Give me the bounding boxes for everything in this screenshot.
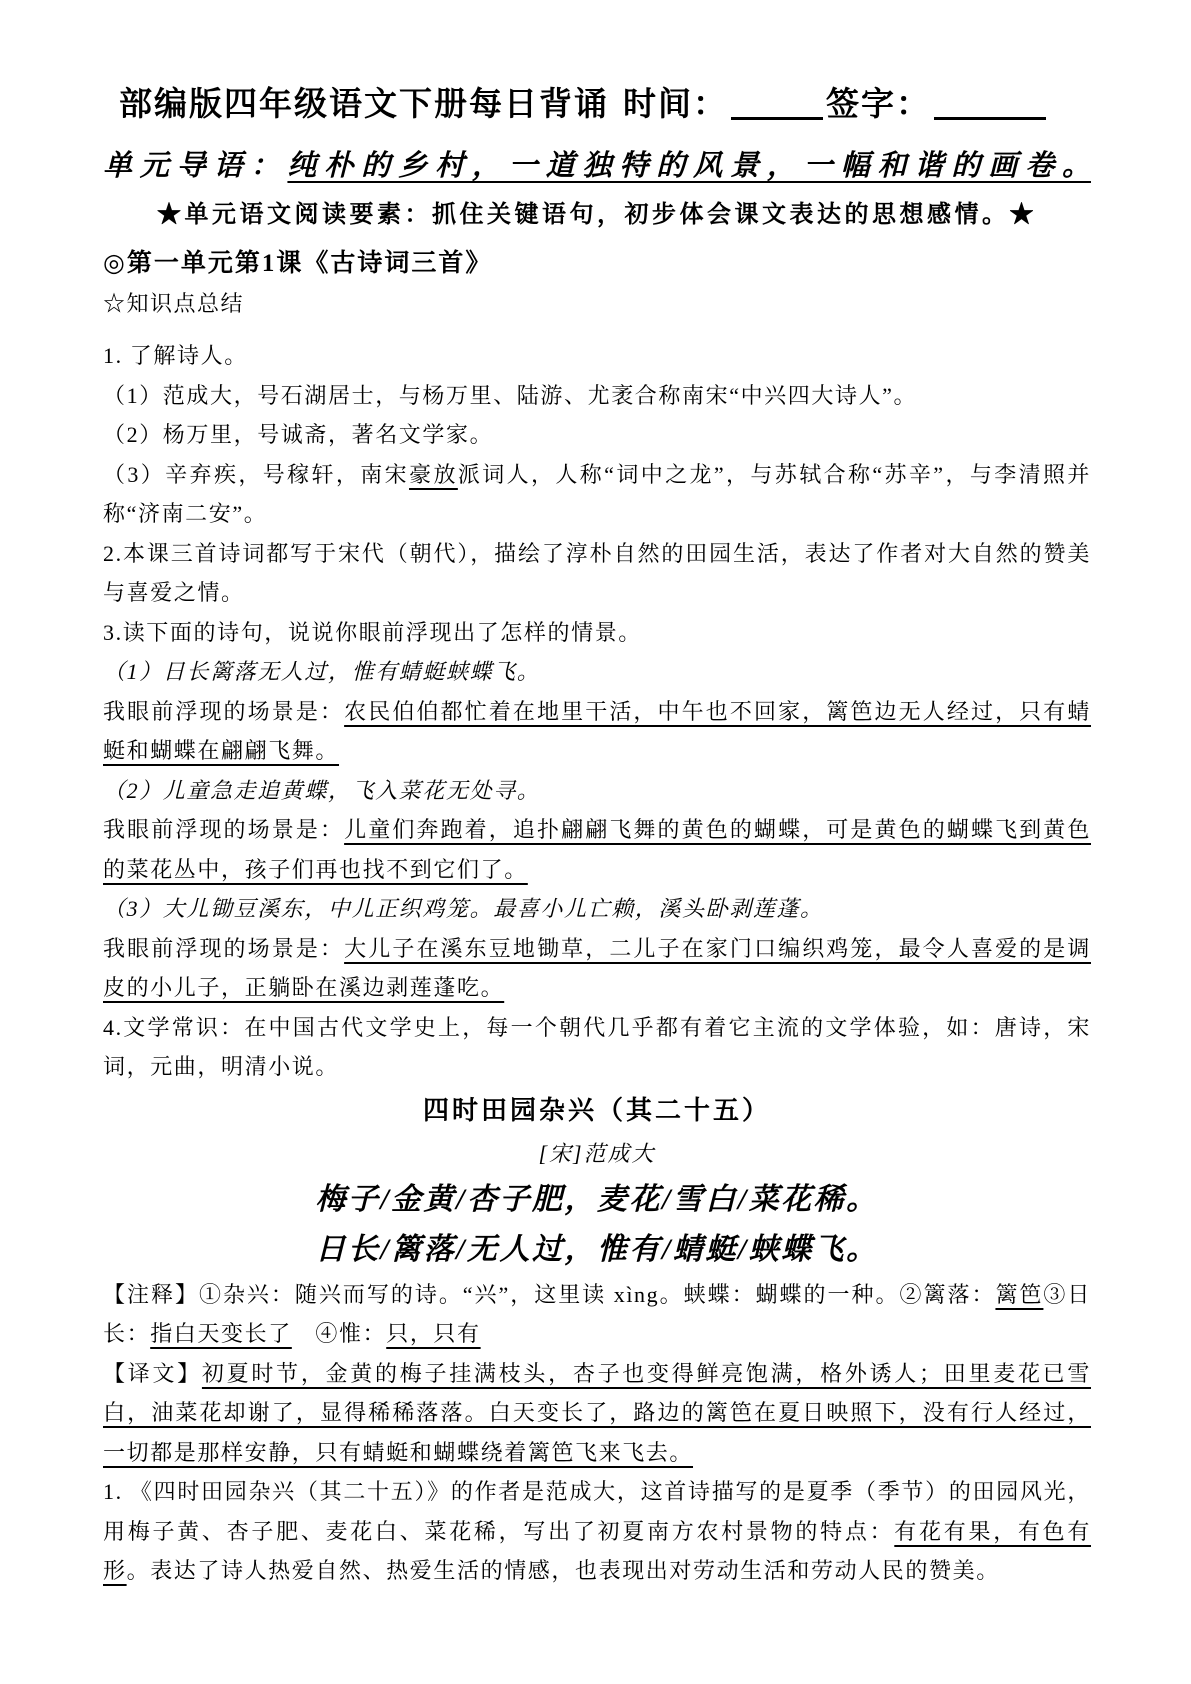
translation-paragraph: 【译文】初夏时节，金黄的梅子挂满枝头，杏子也变得鲜亮饱满，格外诱人；田里麦花已雪… xyxy=(103,1354,1091,1473)
time-label: 时间： xyxy=(623,87,728,123)
doc-title: 部编版四年级语文下册每日背诵 xyxy=(119,87,609,123)
poem-author: [宋]范成大 xyxy=(103,1133,1091,1175)
underlined-text: 指白天变长了 xyxy=(150,1321,292,1346)
point-1: 1. 了解诗人。 xyxy=(103,336,1091,376)
answer-prompt: 我眼前浮现的场景是： xyxy=(103,936,344,961)
underlined-text: 只，只有 xyxy=(386,1321,480,1346)
verse-quote-2: （2）儿童急走追黄蝶，飞入菜花无处寻。 xyxy=(103,771,1091,811)
verse-quote-1: （1）日长篱落无人过，惟有蜻蜓蛱蝶飞。 xyxy=(103,652,1091,692)
point-3: 3.读下面的诗句，说说你眼前浮现出了怎样的情景。 xyxy=(103,613,1091,653)
text-segment: ①杂兴：随兴而写的诗。“兴”，这里读 xìng。蛱蝶：蝴蝶的一种。②篱落： xyxy=(199,1282,995,1307)
unit-intro-line: 单元导语：纯朴的乡村，一道独特的风景，一幅和谐的画卷。 xyxy=(103,140,1091,192)
sign-label: 签字： xyxy=(826,87,931,123)
poem-title: 四时田园杂兴（其二十五） xyxy=(103,1089,1091,1133)
poem-line-1: 梅子/金黄/杏子肥，麦花/雪白/菜花稀。 xyxy=(103,1175,1091,1225)
poet-yang-wanli: （2）杨万里，号诚斋，著名文学家。 xyxy=(103,415,1091,455)
analysis-paragraph: 1. 《四时田园杂兴（其二十五）》的作者是范成大，这首诗描写的是夏季（季节）的田… xyxy=(103,1472,1091,1591)
point-2: 2.本课三首诗词都写于宋代（朝代），描绘了淳朴自然的田园生活，表达了作者对大自然… xyxy=(103,534,1091,613)
scene-answer-2: 我眼前浮现的场景是：儿童们奔跑着，追扑翩翩飞舞的黄色的蝴蝶，可是黄色的蝴蝶飞到黄… xyxy=(103,810,1091,889)
text-segment: （3）辛弃疾，号稼轩，南宋 xyxy=(103,462,409,487)
verse-quote-3: （3）大儿锄豆溪东，中儿正织鸡笼。最喜小儿亡赖，溪头卧剥莲蓬。 xyxy=(103,889,1091,929)
document-page: 部编版四年级语文下册每日背诵时间：签字： 单元导语：纯朴的乡村，一道独特的风景，… xyxy=(0,0,1191,1684)
time-blank xyxy=(731,86,823,120)
poem-line-2: 日长/篱落/无人过，惟有/蜻蜓/蛱蝶飞。 xyxy=(103,1225,1091,1275)
answer-prompt: 我眼前浮现的场景是： xyxy=(103,817,344,842)
poet-xin-qiji: （3）辛弃疾，号稼轩，南宋豪放派词人，人称“词中之龙”，与苏轼合称“苏辛”，与李… xyxy=(103,455,1091,534)
sign-blank xyxy=(934,86,1046,120)
text-segment: 。表达了诗人热爱自然、热爱生活的情感，也表现出对劳动生活和劳动人民的赞美。 xyxy=(127,1558,1000,1583)
notes-paragraph: 【注释】①杂兴：随兴而写的诗。“兴”，这里读 xìng。蛱蝶：蝴蝶的一种。②篱落… xyxy=(103,1275,1091,1354)
translation-text: 初夏时节，金黄的梅子挂满枝头，杏子也变得鲜亮饱满，格外诱人；田里麦花已雪白，油菜… xyxy=(103,1361,1091,1465)
translation-label: 【译文】 xyxy=(103,1361,202,1386)
underlined-text: 豪放 xyxy=(409,462,458,487)
lesson-heading: ◎第一单元第1课《古诗词三首》 xyxy=(103,242,1091,286)
summary-heading: ☆知识点总结 xyxy=(103,286,1091,322)
notes-label: 【注释】 xyxy=(103,1282,199,1307)
text-segment: ④惟： xyxy=(292,1321,386,1346)
doc-title-line: 部编版四年级语文下册每日背诵时间：签字： xyxy=(103,80,1091,130)
scene-answer-1: 我眼前浮现的场景是：农民伯伯都忙着在地里干活，中午也不回家，篱笆边无人经过，只有… xyxy=(103,692,1091,771)
scene-answer-3: 我眼前浮现的场景是：大儿子在溪东豆地锄草，二儿子在家门口编织鸡笼，最令人喜爱的是… xyxy=(103,929,1091,1008)
underlined-text: 篱笆 xyxy=(995,1282,1043,1307)
answer-prompt: 我眼前浮现的场景是： xyxy=(103,699,344,724)
unit-intro-label: 单元导语： xyxy=(103,150,287,182)
point-4: 4.文学常识：在中国古代文学史上，每一个朝代几乎都有着它主流的文学体验，如：唐诗… xyxy=(103,1008,1091,1087)
reading-element-line: ★单元语文阅读要素：抓住关键语句，初步体会课文表达的思想感情。★ xyxy=(103,192,1091,238)
poet-fan-chengda: （1）范成大，号石湖居士，与杨万里、陆游、尤袤合称南宋“中兴四大诗人”。 xyxy=(103,376,1091,416)
unit-intro-text: 纯朴的乡村，一道独特的风景，一幅和谐的画卷。 xyxy=(287,150,1091,182)
